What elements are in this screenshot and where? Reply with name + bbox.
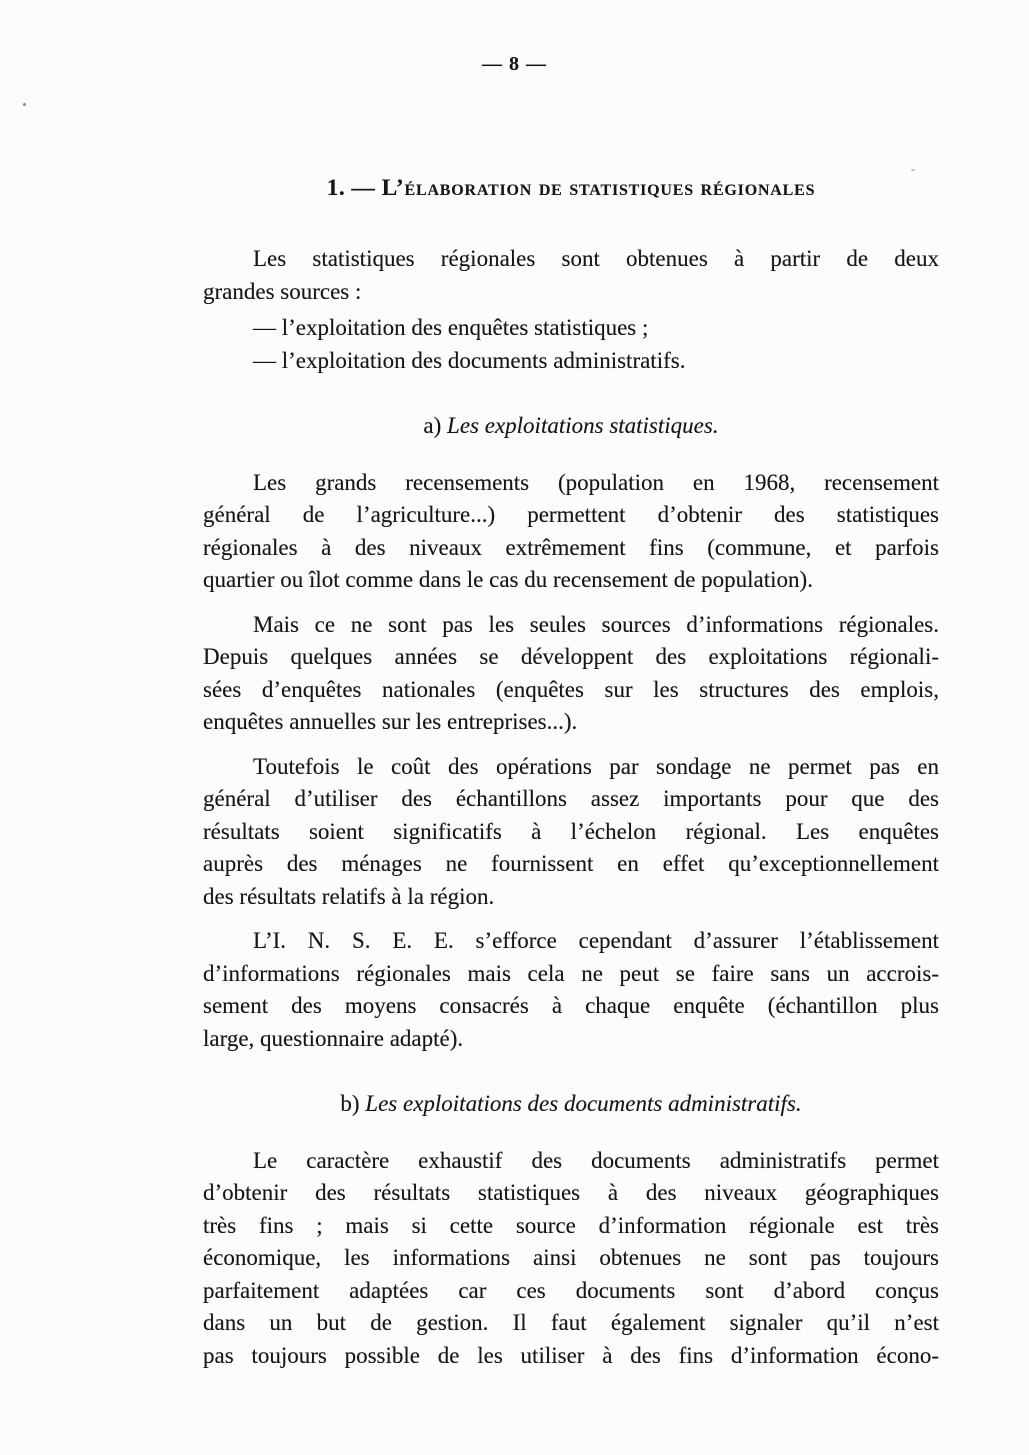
text-line: économique, les informations ainsi obten… <box>203 1242 939 1275</box>
list-item: — l’exploitation des enquêtes statistiqu… <box>203 312 939 345</box>
section-heading: 1. — L’élaboration de statistiques régio… <box>203 172 939 205</box>
subheading-a: a) Les exploitations statistiques. <box>203 410 939 443</box>
page-number: — 8 — <box>0 0 1029 78</box>
text-line: Mais ce ne sont pas les seules sources d… <box>203 609 939 642</box>
text-line: d’informations régionales mais cela ne p… <box>203 958 939 991</box>
paragraph-cout-sondage: Toutefois le coût des opérations par son… <box>203 751 939 914</box>
text-line: Depuis quelques années se développent de… <box>203 641 939 674</box>
text-line: dans un but de gestion. Il faut égalemen… <box>203 1307 939 1340</box>
text-line: sement des moyens consacrés à chaque enq… <box>203 990 939 1023</box>
subheading-b-label: b) <box>340 1091 365 1116</box>
paragraph-recensements: Les grands recensements (population en 1… <box>203 467 939 597</box>
text-line: enquêtes annuelles sur les entreprises..… <box>203 706 939 739</box>
text-line: Les statistiques régionales sont obtenue… <box>203 243 939 276</box>
paragraph-autres-sources: Mais ce ne sont pas les seules sources d… <box>203 609 939 739</box>
scan-speck <box>23 103 26 106</box>
text-line: L’I. N. S. E. E. s’efforce cependant d’a… <box>203 925 939 958</box>
scan-speck <box>911 169 915 171</box>
section-heading-title: L’élaboration de statistiques régionales <box>382 175 816 201</box>
text-line: Les grands recensements (population en 1… <box>203 467 939 500</box>
text-line: parfaitement adaptées car ces documents … <box>203 1275 939 1308</box>
text-line: régionales à des niveaux extrêmement fin… <box>203 532 939 565</box>
text-line: général d’utiliser des échantillons asse… <box>203 783 939 816</box>
text-line: sées d’enquêtes nationales (enquêtes sur… <box>203 674 939 707</box>
text-line: Toutefois le coût des opérations par son… <box>203 751 939 784</box>
text-line: grandes sources : <box>203 276 939 309</box>
text-line: général de l’agriculture...) permettent … <box>203 499 939 532</box>
paragraph-insee: L’I. N. S. E. E. s’efforce cependant d’a… <box>203 925 939 1055</box>
subheading-b-title: Les exploitations des documents administ… <box>365 1091 801 1116</box>
text-line: large, questionnaire adapté). <box>203 1023 939 1056</box>
text-line: Le caractère exhaustif des documents adm… <box>203 1145 939 1178</box>
paragraph-intro: Les statistiques régionales sont obtenue… <box>203 243 939 308</box>
source-list: — l’exploitation des enquêtes statistiqu… <box>203 312 939 377</box>
text-line: quartier ou îlot comme dans le cas du re… <box>203 564 939 597</box>
section-heading-number: 1. — <box>327 175 382 201</box>
text-line: des résultats relatifs à la région. <box>203 881 939 914</box>
text-line: pas toujours possible de les utiliser à … <box>203 1340 939 1373</box>
text-line: très fins ; mais si cette source d’infor… <box>203 1210 939 1243</box>
text-line: résultats soient significatifs à l’échel… <box>203 816 939 849</box>
subheading-b: b) Les exploitations des documents admin… <box>203 1088 939 1121</box>
text-line: d’obtenir des résultats statistiques à d… <box>203 1177 939 1210</box>
document-page: — 8 — 1. — L’élaboration de statistiques… <box>0 0 1029 1455</box>
text-line: auprès des ménages ne fournissent en eff… <box>203 848 939 881</box>
subheading-a-label: a) <box>423 413 447 438</box>
document-body: 1. — L’élaboration de statistiques régio… <box>203 172 939 1372</box>
list-item: — l’exploitation des documents administr… <box>203 345 939 378</box>
subheading-a-title: Les exploitations statistiques. <box>447 413 719 438</box>
paragraph-documents-administratifs: Le caractère exhaustif des documents adm… <box>203 1145 939 1373</box>
